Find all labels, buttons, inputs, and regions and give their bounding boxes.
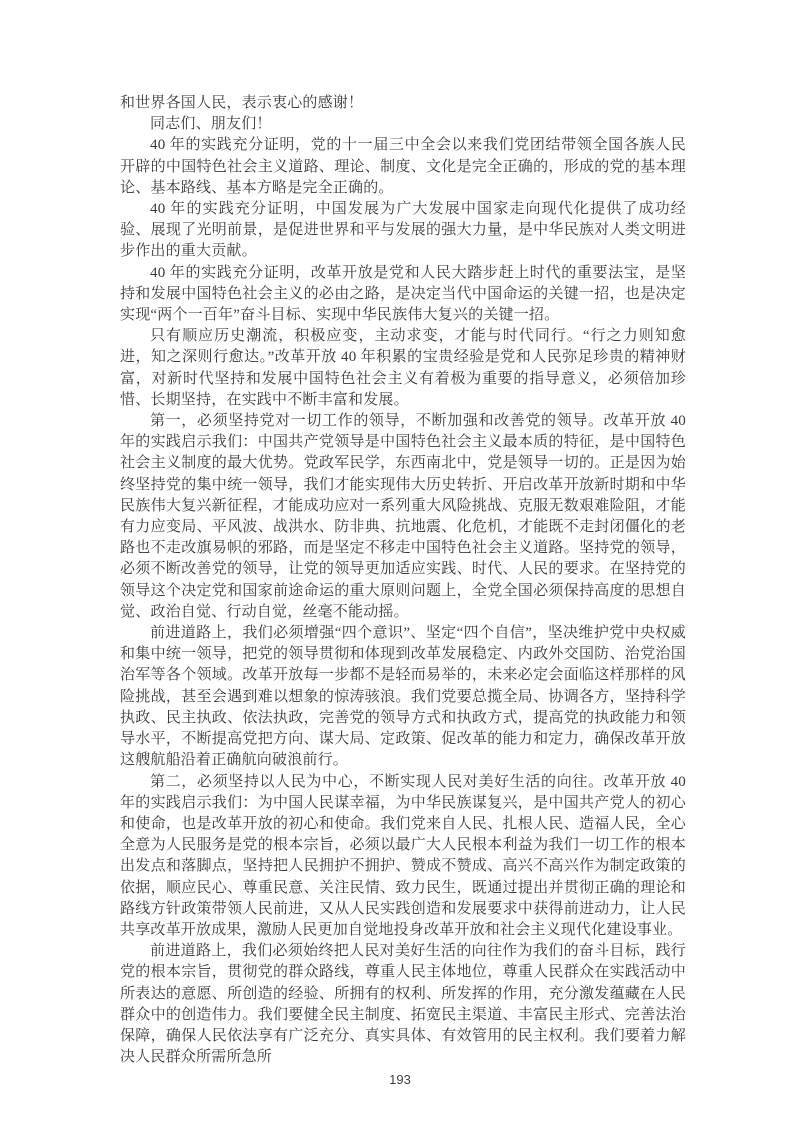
paragraph: 40 年的实践充分证明，改革开放是党和人民大踏步赶上时代的重要法宝，是坚持和发展… xyxy=(120,263,686,327)
document-page: 和世界各国人民，表示衷心的感谢！ 同志们、朋友们！ 40 年的实践充分证明，党的… xyxy=(0,0,800,1133)
paragraph: 第一，必须坚持党对一切工作的领导，不断加强和改善党的领导。改革开放 40 年的实… xyxy=(120,411,686,623)
paragraph: 第二，必须坚持以人民为中心，不断实现人民对美好生活的向往。改革开放 40 年的实… xyxy=(120,772,686,942)
paragraph: 只有顺应历史潮流，积极应变，主动求变，才能与时代同行。“行之力则知愈进，知之深则… xyxy=(120,326,686,411)
paragraph: 前进道路上，我们必须增强“四个意识”、坚定“四个自信”，坚决维护党中央权威和集中… xyxy=(120,623,686,771)
paragraph: 40 年的实践充分证明，中国发展为广大发展中国家走向现代化提供了成功经验、展现了… xyxy=(120,199,686,263)
page-number: 193 xyxy=(0,1072,800,1087)
paragraph: 40 年的实践充分证明，党的十一届三中全会以来我们党团结带领全国各族人民开辟的中… xyxy=(120,135,686,199)
paragraph: 前进道路上，我们必须始终把人民对美好生活的向往作为我们的奋斗目标，践行党的根本宗… xyxy=(120,941,686,1068)
paragraph: 同志们、朋友们！ xyxy=(120,114,686,135)
paragraph: 和世界各国人民，表示衷心的感谢！ xyxy=(120,93,686,114)
text-block: 和世界各国人民，表示衷心的感谢！ 同志们、朋友们！ 40 年的实践充分证明，党的… xyxy=(120,93,686,1068)
